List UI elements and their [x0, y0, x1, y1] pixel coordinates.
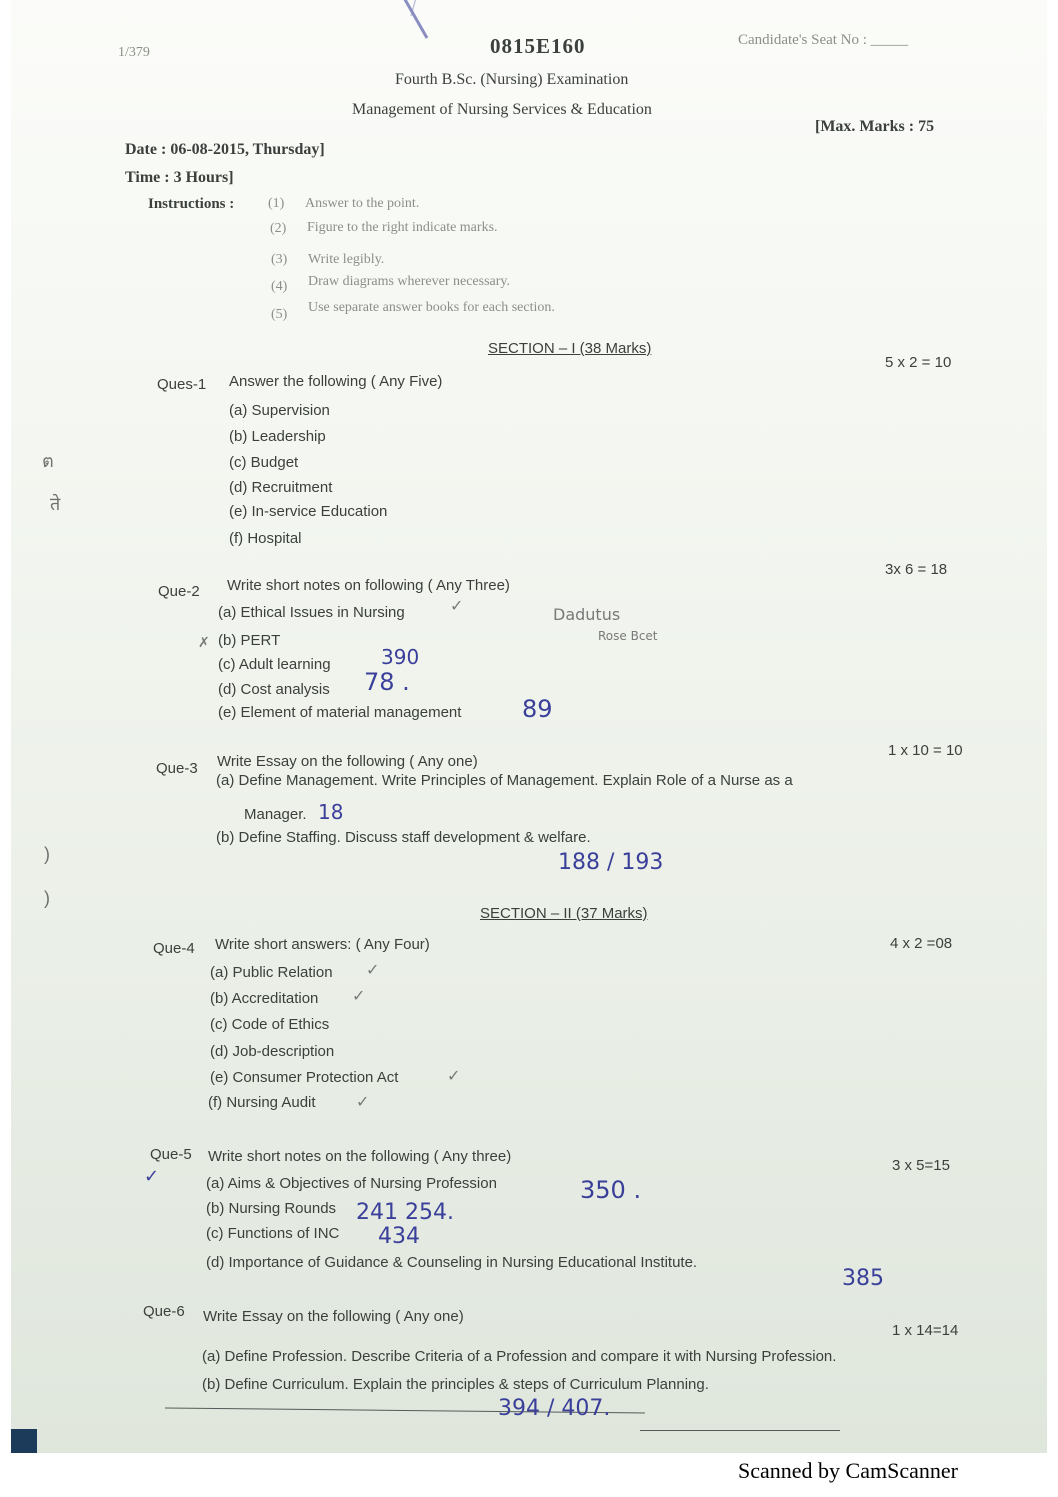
- candidate-seat-no: Candidate's Seat No : _____: [738, 32, 908, 49]
- subject-title: Management of Nursing Services & Educati…: [352, 101, 652, 119]
- tick-mark-icon: ✓: [450, 596, 463, 615]
- instruction-num: (3): [271, 252, 287, 268]
- handwritten-page-number: 434: [378, 1224, 420, 1249]
- section-heading: SECTION – I (38 Marks): [488, 340, 651, 357]
- cross-mark-icon: ✗: [198, 635, 210, 651]
- question-label: Ques-1: [157, 376, 206, 393]
- question-item: (a) Ethical Issues in Nursing: [218, 604, 405, 621]
- question-item: (d) Cost analysis: [218, 681, 330, 698]
- question-item: (b) Accreditation: [210, 990, 318, 1007]
- question-text: Write Essay on the following ( Any one): [203, 1308, 464, 1325]
- question-item: (d) Importance of Guidance & Counseling …: [206, 1254, 697, 1271]
- handwritten-page-number: 18: [318, 800, 343, 824]
- question-item: (c) Code of Ethics: [210, 1016, 329, 1033]
- question-text: Answer the following ( Any Five): [229, 373, 442, 390]
- scanned-page: [11, 0, 1047, 1453]
- margin-pencil-mark: ते: [50, 492, 60, 516]
- handwritten-page-number: 385: [842, 1266, 884, 1291]
- instructions-label: Instructions :: [148, 196, 234, 213]
- scan-corner-mark: [11, 1429, 37, 1453]
- page-reference: 1/379: [118, 45, 150, 61]
- handwritten-page-range: 188 / 193: [558, 850, 663, 875]
- camscanner-watermark: Scanned by CamScanner: [738, 1458, 958, 1484]
- question-text: Write Essay on the following ( Any one): [217, 753, 478, 770]
- tick-mark-icon: ✓: [144, 1166, 159, 1187]
- margin-pencil-mark: ต: [42, 446, 54, 475]
- margin-pencil-mark: ): [44, 844, 50, 865]
- question-label: Que-5: [150, 1146, 192, 1163]
- question-item: (f) Nursing Audit: [208, 1094, 316, 1111]
- question-marks: 1 x 10 = 10: [888, 742, 963, 759]
- question-item: (d) Job-description: [210, 1043, 334, 1060]
- question-text: Write short notes on following ( Any Thr…: [227, 577, 510, 594]
- pen-cross-mark-icon: [395, 0, 435, 42]
- max-marks: [Max. Marks : 75: [815, 118, 934, 136]
- question-label: Que-4: [153, 940, 195, 957]
- question-item: (b) PERT: [218, 632, 280, 649]
- instruction-text: Draw diagrams wherever necessary.: [308, 274, 510, 290]
- section-heading: SECTION – II (37 Marks): [480, 905, 648, 922]
- tick-mark-icon: ✓: [366, 960, 379, 979]
- tick-mark-icon: ✓: [447, 1066, 460, 1085]
- question-item: (a) Define Management. Write Principles …: [216, 772, 793, 789]
- question-item: (a) Supervision: [229, 402, 330, 419]
- handwritten-page-range: 394 / 407.: [498, 1396, 610, 1421]
- question-item: (c) Budget: [229, 454, 298, 471]
- exam-time: Time : 3 Hours]: [125, 169, 234, 187]
- instruction-num: (2): [270, 221, 286, 237]
- margin-pencil-mark: ): [44, 888, 50, 909]
- ink-underline: [640, 1430, 840, 1431]
- instruction-text: Write legibly.: [308, 252, 384, 268]
- question-marks: 1 x 14=14: [892, 1322, 958, 1339]
- question-marks: 3 x 5=15: [892, 1157, 950, 1174]
- question-item: (b) Nursing Rounds: [206, 1200, 336, 1217]
- question-text: Write short answers: ( Any Four): [215, 936, 430, 953]
- question-item: (a) Define Profession. Describe Criteria…: [202, 1348, 836, 1365]
- question-label: Que-3: [156, 760, 198, 777]
- question-item: (b) Define Curriculum. Explain the princ…: [202, 1376, 709, 1393]
- instruction-text: Answer to the point.: [305, 196, 419, 212]
- question-item: (c) Adult learning: [218, 656, 331, 673]
- handwritten-note: Dadutus: [553, 605, 620, 624]
- question-item: Manager.: [244, 806, 307, 823]
- handwritten-note: Rose Bcet: [598, 629, 658, 643]
- question-item: (c) Functions of INC: [206, 1225, 339, 1242]
- question-marks: 5 x 2 = 10: [885, 354, 951, 371]
- exam-date: Date : 06-08-2015, Thursday]: [125, 141, 325, 159]
- paper-code: 0815E160: [490, 34, 586, 59]
- exam-title: Fourth B.Sc. (Nursing) Examination: [395, 71, 628, 89]
- tick-mark-icon: ✓: [356, 1092, 369, 1111]
- handwritten-page-number: 241 254.: [356, 1200, 454, 1225]
- question-text: Write short notes on the following ( Any…: [208, 1148, 511, 1165]
- question-label: Que-6: [143, 1303, 185, 1320]
- handwritten-page-number: 390: [381, 645, 419, 669]
- question-item: (a) Public Relation: [210, 964, 333, 981]
- handwritten-page-number: 350 .: [580, 1176, 641, 1204]
- question-item: (e) Consumer Protection Act: [210, 1069, 398, 1086]
- tick-mark-icon: ✓: [352, 986, 365, 1005]
- question-item: (e) In-service Education: [229, 503, 387, 520]
- handwritten-page-number: 89: [522, 695, 553, 723]
- question-label: Que-2: [158, 583, 200, 600]
- question-marks: 4 x 2 =08: [890, 935, 952, 952]
- instruction-num: (4): [271, 279, 287, 295]
- question-item: (a) Aims & Objectives of Nursing Profess…: [206, 1175, 497, 1192]
- question-item: (b) Define Staffing. Discuss staff devel…: [216, 829, 591, 846]
- question-marks: 3x 6 = 18: [885, 561, 947, 578]
- instruction-text: Use separate answer books for each secti…: [308, 300, 555, 316]
- instruction-num: (5): [271, 307, 287, 323]
- instruction-num: (1): [268, 196, 284, 212]
- handwritten-page-number: 78 .: [364, 668, 410, 696]
- question-item: (d) Recruitment: [229, 479, 332, 496]
- question-item: (e) Element of material management: [218, 704, 461, 721]
- question-item: (f) Hospital: [229, 530, 302, 547]
- instruction-text: Figure to the right indicate marks.: [307, 220, 498, 236]
- question-item: (b) Leadership: [229, 428, 326, 445]
